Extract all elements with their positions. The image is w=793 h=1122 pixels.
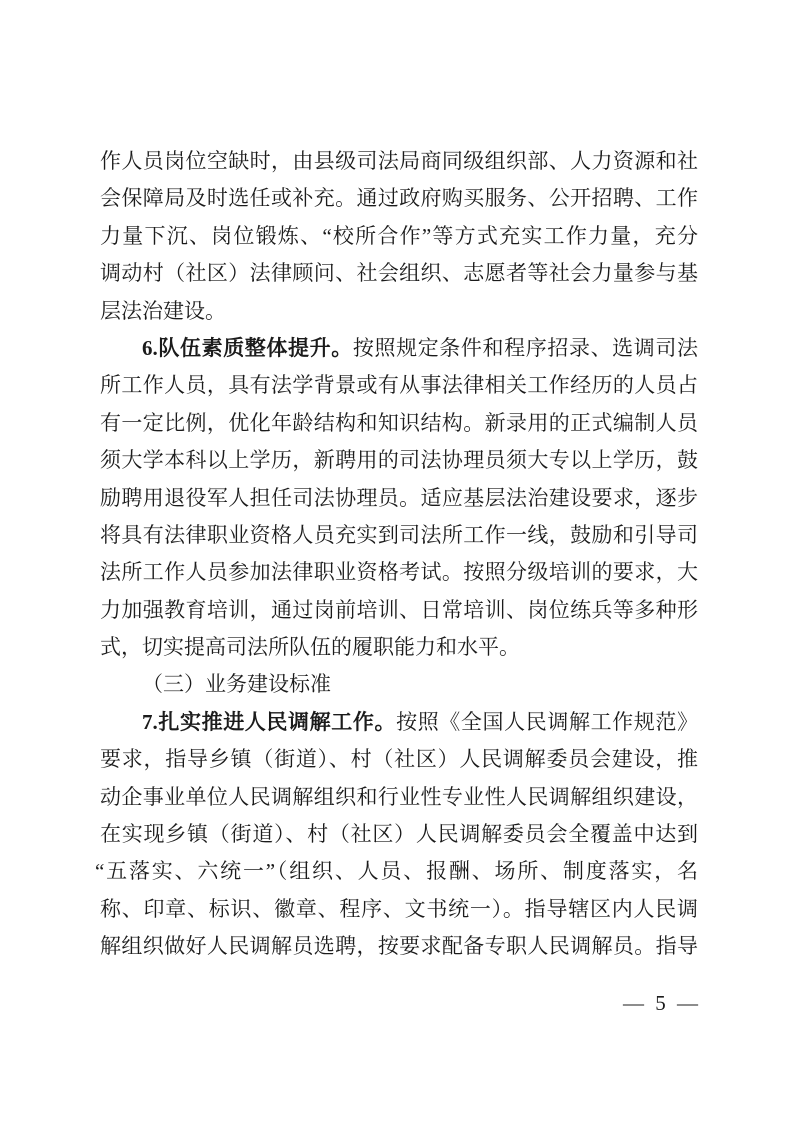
text-line: 调动村（社区）法律顾问、社会组织、志愿者等社会力量参与基 (100, 255, 698, 292)
text-line: 力量下沉、岗位锻炼、“校所合作”等方式充实工作力量，充分 (100, 218, 698, 255)
item-7-heading: 7.扎实推进人民调解工作。 (142, 710, 396, 734)
text-line: 须大学本科以上学历，新聘用的司法协理员须大专以上学历，鼓 (100, 442, 698, 479)
text-line: 称、印章、标识、徽章、程序、文书统一）。指导辖区内人民调 (100, 891, 698, 928)
item-6-heading: 6.队伍素质整体提升。 (142, 336, 353, 360)
text-line: 所工作人员，具有法学背景或有从事法律相关工作经历的人员占 (100, 367, 698, 404)
text-line: 7.扎实推进人民调解工作。按照《全国人民调解工作规范》 (100, 704, 698, 741)
text-line: 有一定比例，优化年龄结构和知识结构。新录用的正式编制人员 (100, 405, 698, 442)
item-7-lead-text: 按照《全国人民调解工作规范》 (396, 710, 698, 734)
text-line: “五落实、六统一”（组织、人员、报酬、场所、制度落实，名 (95, 853, 698, 890)
text-line: 层法治建设。 (100, 293, 698, 330)
document-body: 作人员岗位空缺时，由县级司法局商同级组织部、人力资源和社 会保障局及时选任或补充… (100, 143, 698, 966)
text-line: 作人员岗位空缺时，由县级司法局商同级组织部、人力资源和社 (100, 143, 698, 180)
text-line: 动企事业单位人民调解组织和行业性专业性人民调解组织建设， (100, 779, 698, 816)
item-6-lead-text: 按照规定条件和程序招录、选调司法 (353, 336, 698, 360)
section-3-heading: （三）业务建设标准 (100, 666, 698, 703)
document-page: 作人员岗位空缺时，由县级司法局商同级组织部、人力资源和社 会保障局及时选任或补充… (0, 0, 793, 1122)
text-line: 解组织做好人民调解员选聘，按要求配备专职人民调解员。指导 (100, 928, 698, 965)
text-line: 力加强教育培训，通过岗前培训、日常培训、岗位练兵等多种形 (100, 592, 698, 629)
text-line: 励聘用退役军人担任司法协理员。适应基层法治建设要求，逐步 (100, 480, 698, 517)
text-line: 式，切实提高司法所队伍的履职能力和水平。 (100, 629, 698, 666)
text-line: 法所工作人员参加法律职业资格考试。按照分级培训的要求，大 (100, 554, 698, 591)
text-line: 6.队伍素质整体提升。按照规定条件和程序招录、选调司法 (100, 330, 698, 367)
text-line: 将具有法律职业资格人员充实到司法所工作一线，鼓励和引导司 (100, 517, 698, 554)
text-line: 要求，指导乡镇（街道）、村（社区）人民调解委员会建设，推 (100, 741, 698, 778)
page-number: — 5 — (623, 988, 701, 1018)
text-line: 会保障局及时选任或补充。通过政府购买服务、公开招聘、工作 (100, 180, 698, 217)
text-line: 在实现乡镇（街道）、村（社区）人民调解委员会全覆盖中达到 (100, 816, 698, 853)
